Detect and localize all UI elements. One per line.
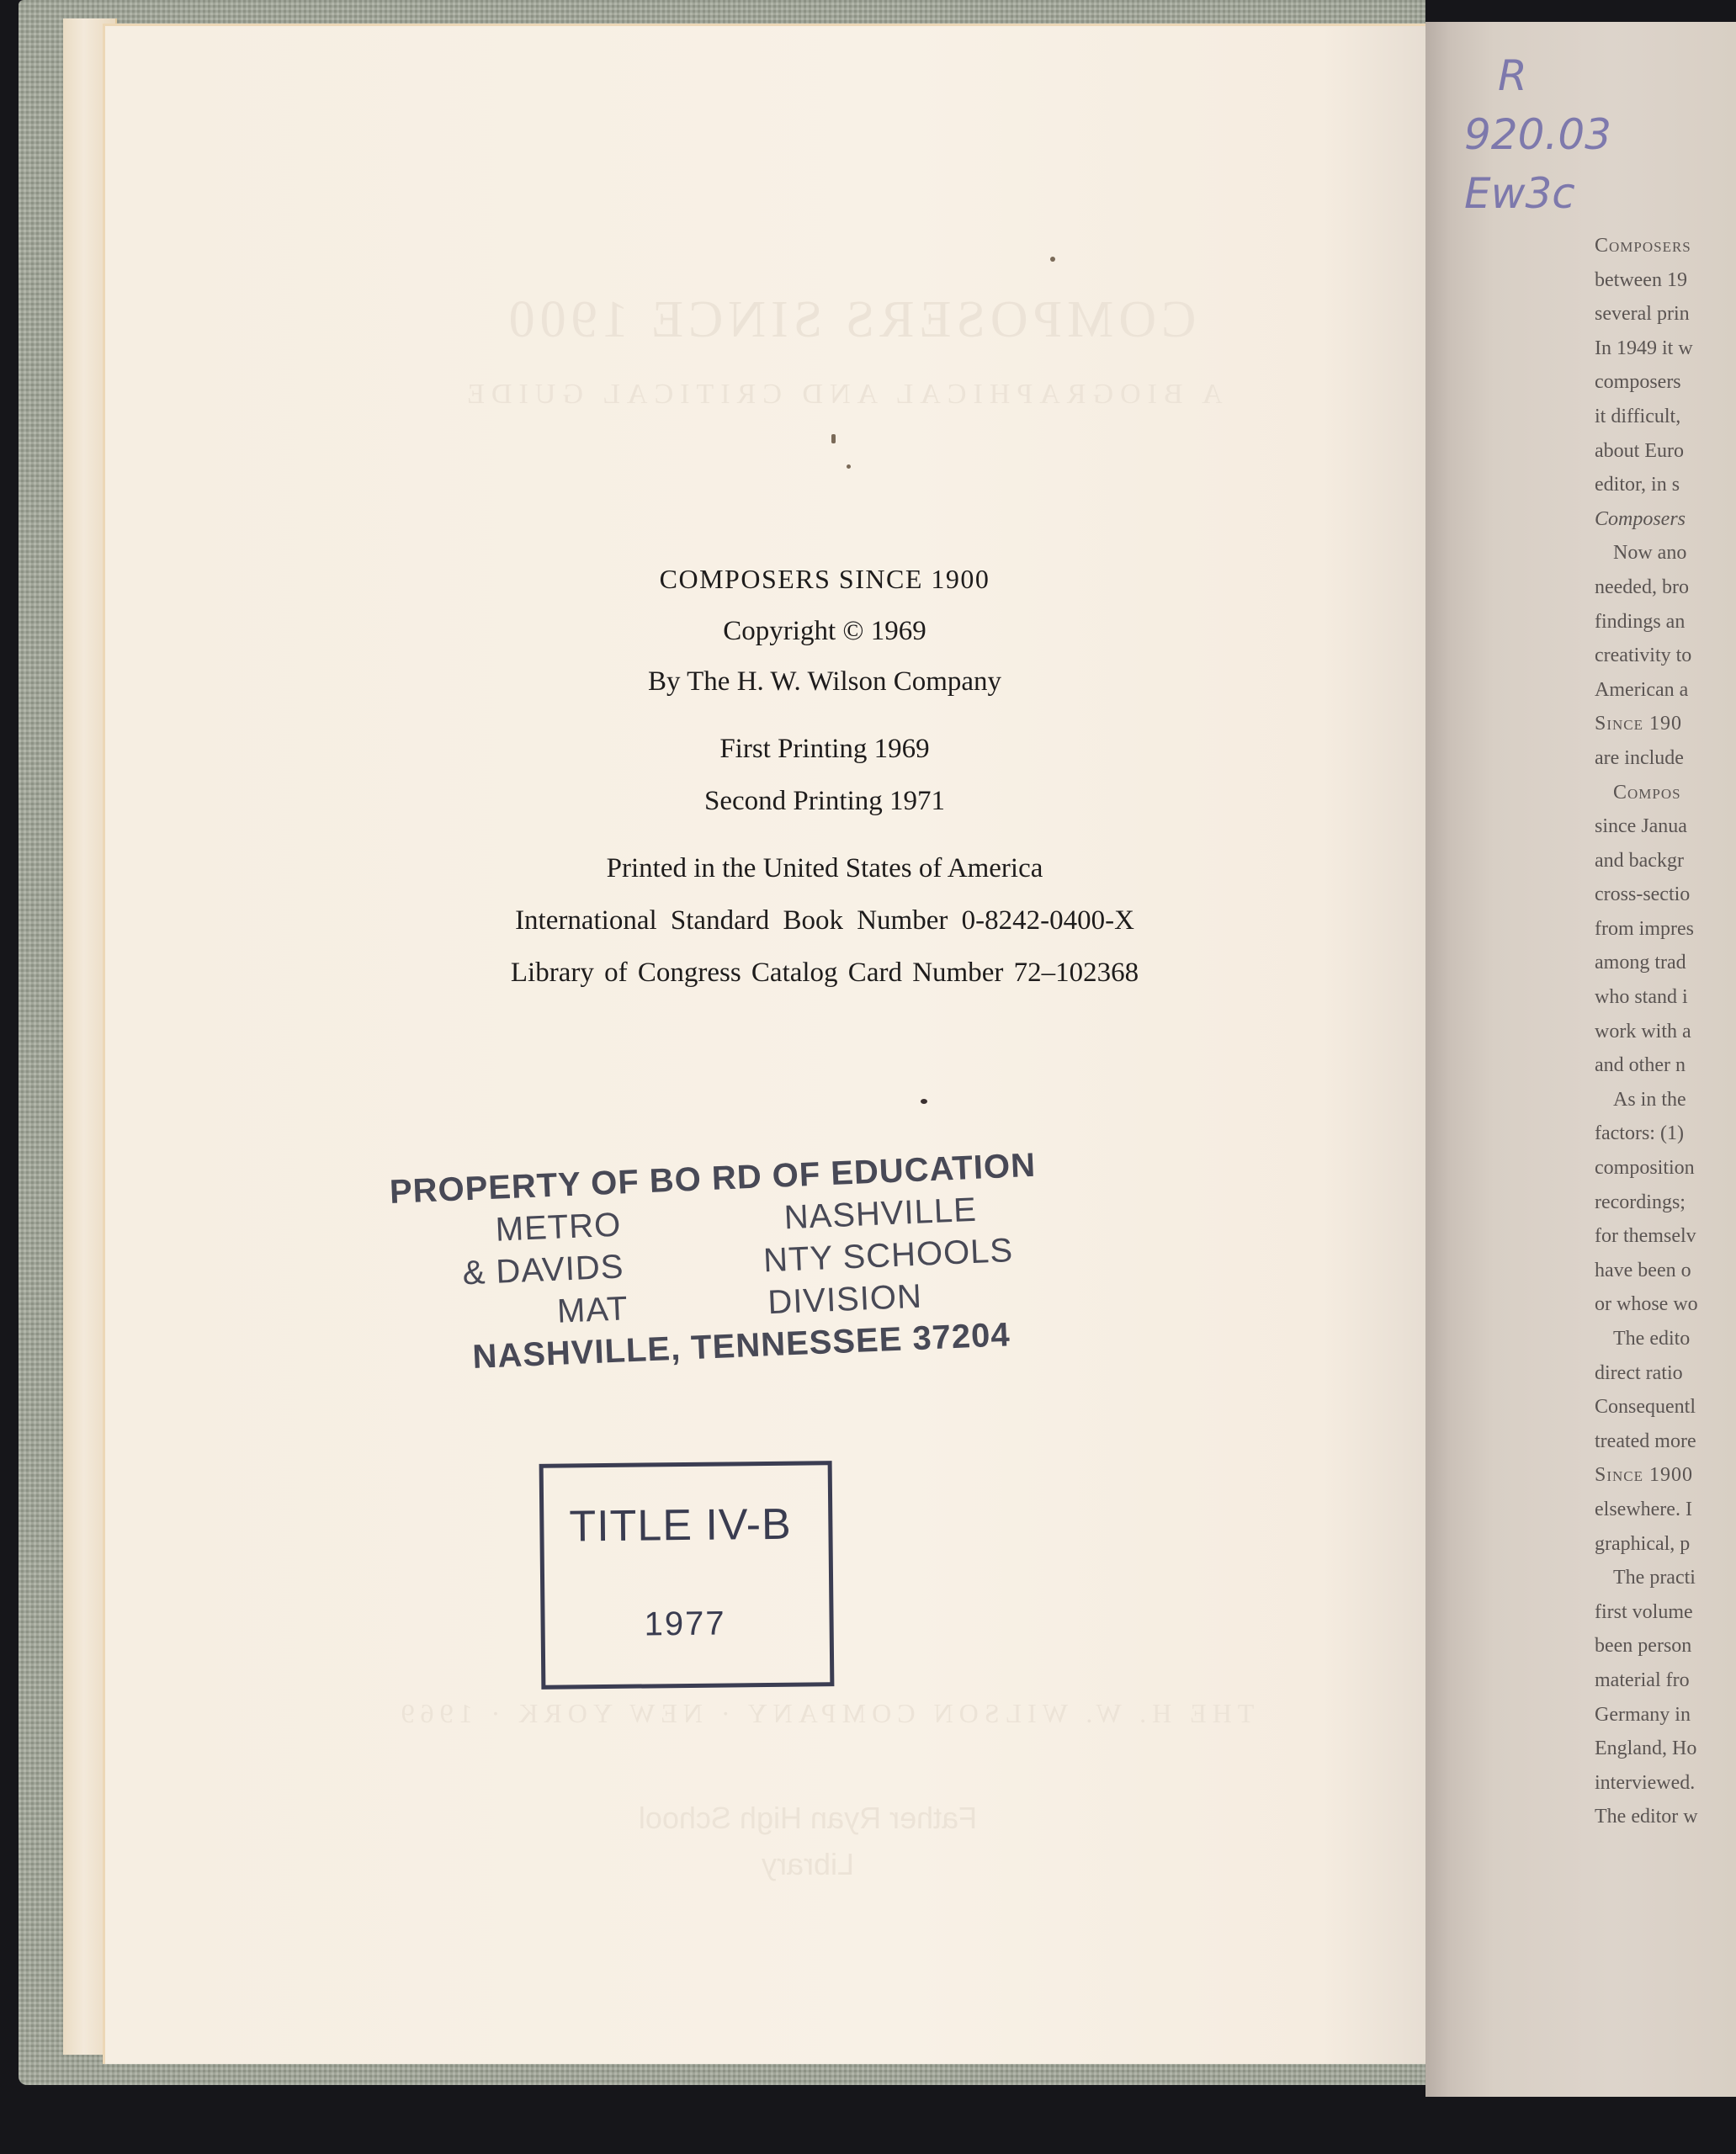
lccn-line: Library of Congress Catalog Card Number …	[454, 958, 1195, 1010]
bleed-through-subtitle: A BIOGRAPHICAL AND CRITICAL GUIDE	[421, 379, 1262, 411]
preface-text-line: graphical, p	[1595, 1527, 1736, 1562]
preface-text-line: The edito	[1595, 1322, 1736, 1356]
preface-text-line: several prin	[1595, 297, 1736, 332]
preface-text-line: and other n	[1595, 1048, 1736, 1083]
copyright-line: Copyright © 1969	[454, 616, 1195, 666]
paper-speck	[1050, 257, 1055, 262]
paper-speck	[831, 434, 836, 443]
preface-text-line: Compos	[1595, 776, 1736, 810]
preface-text-line: for themselv	[1595, 1219, 1736, 1254]
preface-text-line: England, Ho	[1595, 1732, 1736, 1766]
preface-text-line: are include	[1595, 741, 1736, 776]
preface-text-line: interviewed.	[1595, 1766, 1736, 1801]
stamp-line-3-right: NTY SCHOOLS	[762, 1232, 1014, 1279]
preface-text-column: Composersbetween 19several prinIn 1949 i…	[1595, 229, 1736, 1834]
preface-text-line: work with a	[1595, 1015, 1736, 1049]
preface-text-line: editor, in s	[1595, 468, 1736, 502]
first-printing-line: First Printing 1969	[454, 734, 1195, 786]
property-stamp: PROPERTY OF BO RD OF EDUCATION METROXXXX…	[389, 1143, 1087, 1382]
printed-in-line: Printed in the United States of America	[454, 853, 1195, 905]
title-stamp-label: TITLE IV-B	[569, 1499, 792, 1552]
preface-text-line: composition	[1595, 1151, 1736, 1186]
preface-text-line: or whose wo	[1595, 1287, 1736, 1322]
preface-text-line: Now ano	[1595, 536, 1736, 570]
preface-text-line: Composers	[1595, 502, 1736, 537]
preface-text-line: Since 190	[1595, 707, 1736, 741]
preface-text-line: As in the	[1595, 1083, 1736, 1117]
preface-text-line: about Euro	[1595, 434, 1736, 469]
stamp-line-3-left: & DAVIDS	[462, 1248, 624, 1292]
preface-text-line: composers	[1595, 365, 1736, 400]
preface-text-line: Composers	[1595, 229, 1736, 263]
second-printing-line: Second Printing 1971	[454, 786, 1195, 853]
preface-text-line: elsewhere. I	[1595, 1493, 1736, 1527]
preface-text-line: The editor w	[1595, 1800, 1736, 1834]
bleed-through-title: COMPOSERS SINCE 1900	[446, 290, 1254, 350]
call-number-line-1: R	[1464, 46, 1611, 105]
bleed-through-library: Library	[555, 1847, 1060, 1882]
call-number-line-3: Ew3c	[1464, 164, 1611, 223]
publisher-line: By The H. W. Wilson Company	[454, 666, 1195, 734]
call-number-line-2: 920.03	[1464, 105, 1611, 164]
bleed-through-school-name: Father Ryan High School	[555, 1801, 1060, 1836]
stamp-line-4-right: DIVISION	[767, 1278, 922, 1322]
paper-speck	[921, 1099, 927, 1104]
preface-text-line: In 1949 it w	[1595, 332, 1736, 366]
preface-text-line: creativity to	[1595, 639, 1736, 673]
preface-text-line: been person	[1595, 1629, 1736, 1663]
preface-text-line: Germany in	[1595, 1698, 1736, 1732]
preface-text-line: since Janua	[1595, 809, 1736, 844]
preface-text-line: needed, bro	[1595, 570, 1736, 605]
title-ivb-stamp: TITLE IV-B 1977	[539, 1461, 835, 1690]
stamp-line-4-left: MAT	[556, 1290, 629, 1329]
preface-text-line: material fro	[1595, 1663, 1736, 1698]
preface-text-line: among trad	[1595, 946, 1736, 980]
preface-text-line: findings an	[1595, 605, 1736, 639]
preface-text-line: cross-sectio	[1595, 878, 1736, 912]
handwritten-call-number: R 920.03 Ew3c	[1464, 46, 1611, 223]
isbn-line: International Standard Book Number 0-824…	[454, 905, 1195, 958]
preface-text-line: factors: (1)	[1595, 1117, 1736, 1151]
preface-text-line: American a	[1595, 673, 1736, 708]
preface-text-line: recordings;	[1595, 1186, 1736, 1220]
title-stamp-year: 1977	[644, 1605, 725, 1644]
stamp-line-2-right: NASHVILLE	[783, 1191, 978, 1237]
preface-text-line: Consequentl	[1595, 1390, 1736, 1425]
preface-text-line: treated more	[1595, 1425, 1736, 1459]
preface-text-line: from impres	[1595, 912, 1736, 947]
preface-text-line: between 19	[1595, 263, 1736, 298]
preface-text-line: The practi	[1595, 1561, 1736, 1595]
stamp-line-2-left: METRO	[495, 1207, 622, 1249]
preface-text-line: direct ratio	[1595, 1356, 1736, 1391]
preface-text-line: it difficult,	[1595, 400, 1736, 434]
preface-text-line: first volume	[1595, 1595, 1736, 1630]
bleed-through-publisher: THE H. W. WILSON COMPANY · NEW YORK · 19…	[320, 1698, 1330, 1729]
preface-text-line: who stand i	[1595, 980, 1736, 1015]
preface-text-line: Since 1900	[1595, 1458, 1736, 1493]
paper-speck	[847, 464, 851, 469]
preface-text-line: have been o	[1595, 1254, 1736, 1288]
preface-text-line: and backgr	[1595, 844, 1736, 878]
colophon-title: COMPOSERS SINCE 1900	[454, 564, 1195, 616]
colophon: COMPOSERS SINCE 1900 Copyright © 1969 By…	[454, 564, 1195, 1010]
